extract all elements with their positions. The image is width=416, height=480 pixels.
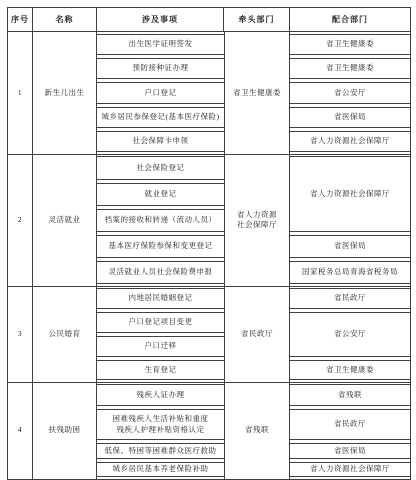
lead-dept-cell: 省人力资源 社会保障厅 xyxy=(224,155,290,286)
lead-dept-cell: 省卫生健康委 xyxy=(224,32,290,154)
item-cell: 困难残疾人生活补贴和重度 残疾人护理补贴资格认定 xyxy=(97,409,224,440)
partner-dept-cell: 省医保局 xyxy=(290,235,410,258)
item-cell: 城乡居民参保登记(基本医疗保险) xyxy=(97,107,224,128)
table-group: 4扶残助困残疾人证办理困难残疾人生活补贴和重度 残疾人护理补贴资格认定低保、特困… xyxy=(8,382,410,479)
lead-dept-cell: 省民政厅 xyxy=(224,287,290,382)
partner-dept-cell: 省医保局 xyxy=(290,443,410,459)
item-cell: 户口登记 xyxy=(97,82,224,103)
partner-dept-cell: 省民政厅 xyxy=(290,409,410,440)
partner-dept-cell: 省公安厅 xyxy=(290,312,410,357)
item-cell: 低保、特困等困难群众医疗救助 xyxy=(97,443,224,459)
seq-cell: 4 xyxy=(8,383,33,479)
partner-dept-cell: 省卫生健康委 xyxy=(290,34,410,55)
seq-cell: 2 xyxy=(8,155,33,286)
name-cell: 新生儿出生 xyxy=(33,32,97,154)
header-cell-name: 名称 xyxy=(33,8,97,31)
item-cell: 出生医学证明签发 xyxy=(97,34,224,55)
header-cell-items: 涉及事项 xyxy=(97,8,224,31)
item-cell: 社会保障卡申领 xyxy=(97,131,224,152)
partner-dept-cell: 省残联 xyxy=(290,384,410,406)
partner-dept-cell: 省人力资源社会保障厅 xyxy=(290,462,410,478)
item-cell: 预防接种证办理 xyxy=(97,58,224,79)
header-cell-partner: 配合部门 xyxy=(290,8,410,31)
partner-dept-cell: 省民政厅 xyxy=(290,288,410,309)
table-body: 1新生儿出生出生医学证明签发预防接种证办理户口登记城乡居民参保登记(基本医疗保险… xyxy=(8,32,410,479)
item-cell: 生育登记 xyxy=(97,360,224,381)
table-group: 2灵活就业社会保险登记就业登记档案的接收和转递（流动人员）基本医疗保险参保和变更… xyxy=(8,154,410,286)
item-cell: 城乡居民基本养老保险补助 xyxy=(97,462,224,478)
item-cell: 户口迁移 xyxy=(97,336,224,357)
item-cell: 内地居民婚姻登记 xyxy=(97,288,224,309)
header-cell-lead: 牵头部门 xyxy=(224,8,290,31)
name-cell: 扶残助困 xyxy=(33,383,97,479)
table-group: 1新生儿出生出生医学证明签发预防接种证办理户口登记城乡居民参保登记(基本医疗保险… xyxy=(8,32,410,154)
partner-dept-cell: 省卫生健康委 xyxy=(290,360,410,381)
partner-dept-cell: 国家税务总局青海省税务局 xyxy=(290,261,410,284)
seq-cell: 3 xyxy=(8,287,33,382)
table-group: 3公民婚育内地居民婚姻登记户口登记项目变更户口迁移生育登记省民政厅省民政厅省公安… xyxy=(8,286,410,382)
table-header-row: 序号 名称 涉及事项 牵头部门 配合部门 xyxy=(8,8,410,32)
item-cell: 基本医疗保险参保和变更登记 xyxy=(97,235,224,258)
item-cell: 残疾人证办理 xyxy=(97,384,224,406)
lead-dept-cell: 省残联 xyxy=(224,383,290,479)
partner-dept-cell: 省卫生健康委 xyxy=(290,58,410,79)
item-cell: 档案的接收和转递（流动人员） xyxy=(97,209,224,232)
item-cell: 灵活就业人员社会保险费申报 xyxy=(97,261,224,284)
partner-dept-cell: 省人力资源社会保障厅 xyxy=(290,156,410,232)
partner-dept-cell: 省医保局 xyxy=(290,107,410,128)
item-cell: 就业登记 xyxy=(97,183,224,206)
name-cell: 灵活就业 xyxy=(33,155,97,286)
seq-cell: 1 xyxy=(8,32,33,154)
name-cell: 公民婚育 xyxy=(33,287,97,382)
header-cell-seq: 序号 xyxy=(8,8,33,31)
partner-dept-cell: 省公安厅 xyxy=(290,82,410,103)
item-cell: 户口登记项目变更 xyxy=(97,312,224,333)
item-cell: 社会保险登记 xyxy=(97,156,224,179)
service-matters-table: 序号 名称 涉及事项 牵头部门 配合部门 1新生儿出生出生医学证明签发预防接种证… xyxy=(7,7,411,480)
partner-dept-cell: 省人力资源社会保障厅 xyxy=(290,131,410,152)
